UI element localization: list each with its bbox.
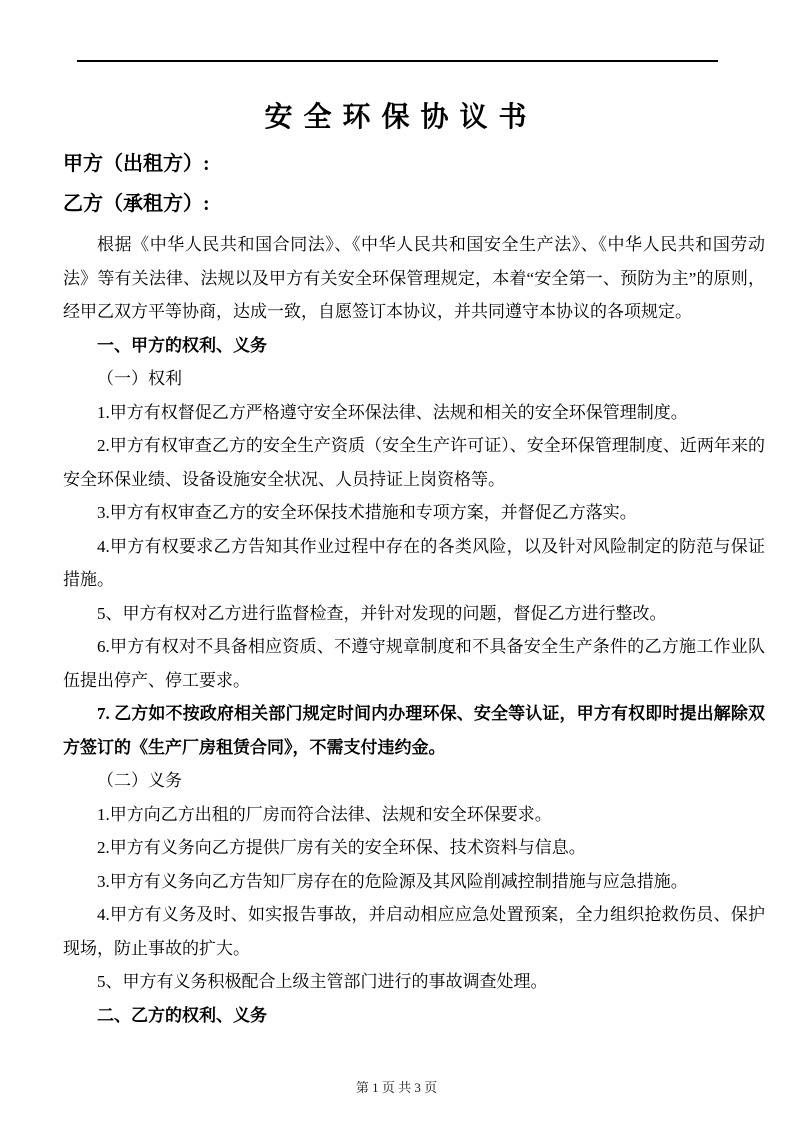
paragraph: 一、甲方的权利、义务 bbox=[63, 329, 765, 363]
paragraph: 1.甲方向乙方出租的厂房而符合法律、法规和安全环保要求。 bbox=[63, 798, 765, 832]
paragraph: （一）权利 bbox=[63, 362, 765, 396]
paragraph: 2.甲方有义务向乙方提供厂房有关的安全环保、技术资料与信息。 bbox=[63, 831, 765, 865]
paragraph: （二）义务 bbox=[63, 764, 765, 798]
paragraph: 1.甲方有权督促乙方严格遵守安全环保法律、法规和相关的安全环保管理制度。 bbox=[63, 396, 765, 430]
paragraph: 7. 乙方如不按政府相关部门规定时间内办理环保、安全等认证，甲方有权即时提出解除… bbox=[63, 697, 765, 764]
paragraph: 二、乙方的权利、义务 bbox=[63, 999, 765, 1033]
party-a-label: 甲方（出租方）: bbox=[63, 150, 210, 178]
page-number-footer: 第 1 页 共 3 页 bbox=[0, 1080, 793, 1096]
party-b-label: 乙方（承租方）: bbox=[63, 190, 210, 218]
paragraph: 2.甲方有权审查乙方的安全生产资质（安全生产许可证）、安全环保管理制度、近两年来… bbox=[63, 429, 765, 496]
paragraph: 3.甲方有权审查乙方的安全环保技术措施和专项方案，并督促乙方落实。 bbox=[63, 496, 765, 530]
paragraph: 4.甲方有权要求乙方告知其作业过程中存在的各类风险，以及针对风险制定的防范与保证… bbox=[63, 530, 765, 597]
paragraph: 4.甲方有义务及时、如实报告事故，并启动相应应急处置预案，全力组织抢救伤员、保护… bbox=[63, 898, 765, 965]
document-title: 安 全 环 保 协 议 书 bbox=[0, 95, 793, 135]
paragraph: 5、甲方有权对乙方进行监督检查，并针对发现的问题，督促乙方进行整改。 bbox=[63, 597, 765, 631]
paragraph: 6.甲方有权对不具备相应资质、不遵守规章制度和不具备安全生产条件的乙方施工作业队… bbox=[63, 630, 765, 697]
paragraph: 3.甲方有义务向乙方告知厂房存在的危险源及其风险削减控制措施与应急措施。 bbox=[63, 865, 765, 899]
paragraph: 根据《中华人民共和国合同法》、《中华人民共和国安全生产法》、《中华人民共和国劳动… bbox=[63, 228, 765, 329]
document-page: 安 全 环 保 协 议 书 甲方（出租方）: 乙方（承租方）: 根据《中华人民共… bbox=[0, 0, 793, 1122]
document-body: 根据《中华人民共和国合同法》、《中华人民共和国安全生产法》、《中华人民共和国劳动… bbox=[63, 228, 765, 1032]
header-rule-line bbox=[77, 60, 718, 62]
paragraph: 5、甲方有义务积极配合上级主管部门进行的事故调查处理。 bbox=[63, 965, 765, 999]
